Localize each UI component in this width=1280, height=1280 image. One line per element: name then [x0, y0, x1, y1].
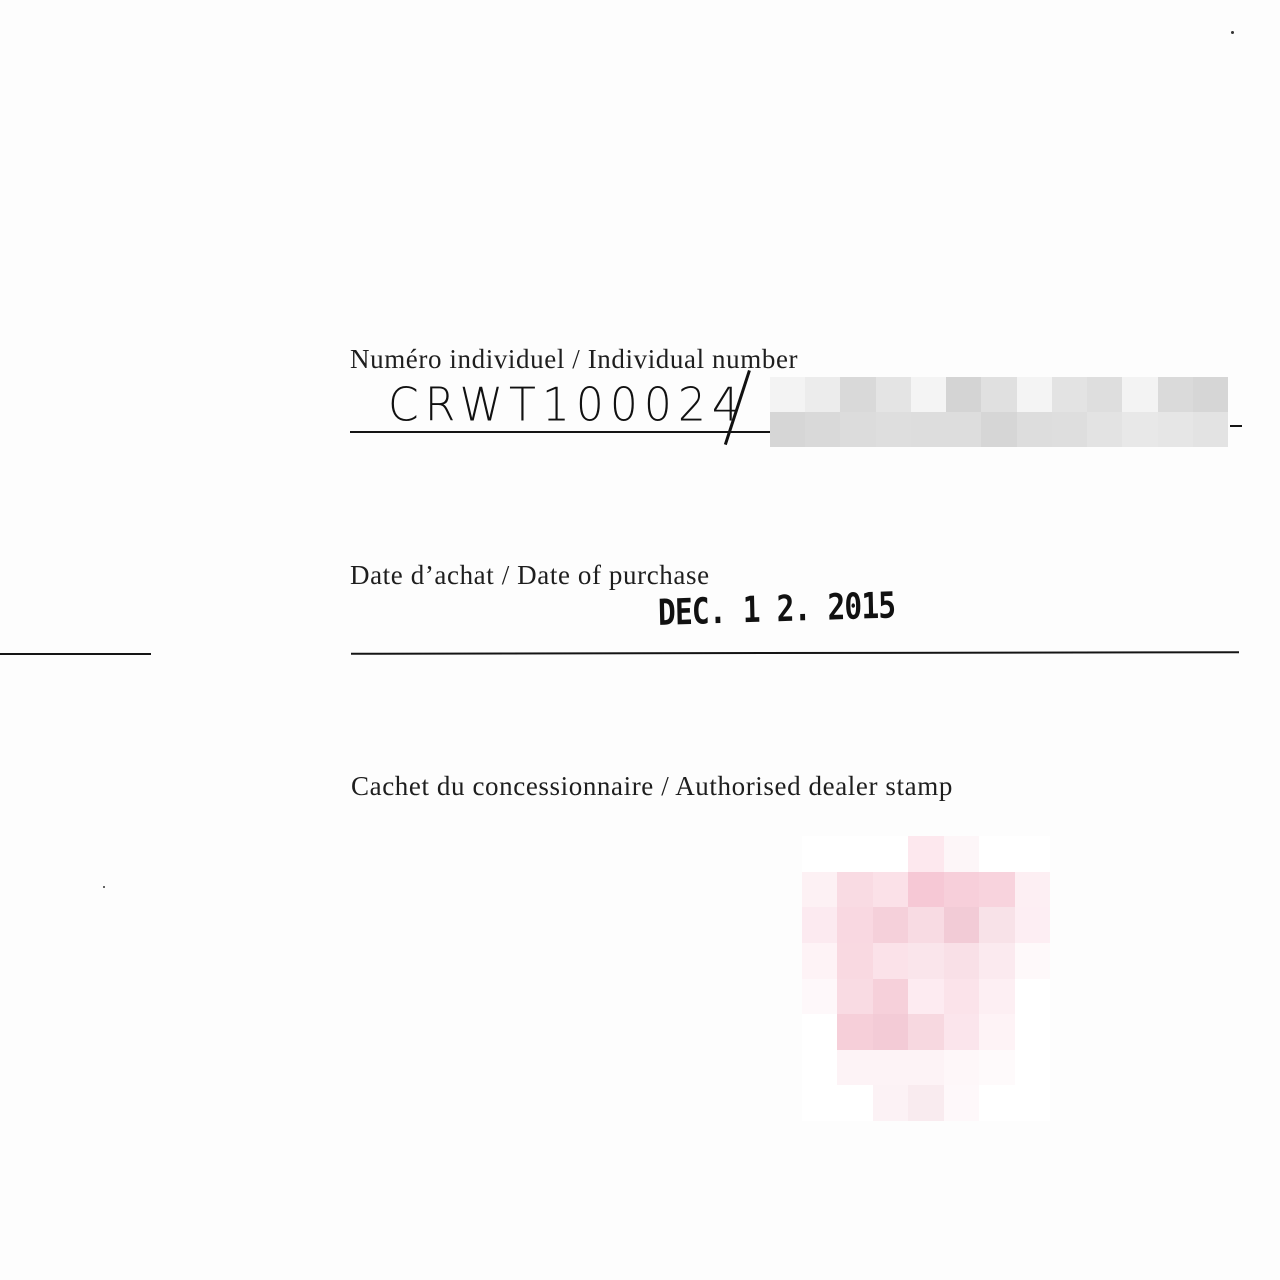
redaction-cell [979, 943, 1014, 979]
individual-number-handwritten: CRWT100024 [388, 379, 746, 433]
redaction-cell [1087, 412, 1122, 447]
redaction-cell [911, 377, 946, 412]
redaction-cell [944, 943, 979, 979]
redaction-cell [908, 836, 943, 872]
redaction-cell [1015, 836, 1050, 872]
redaction-cell [837, 872, 872, 908]
redacted-dealer-stamp [802, 836, 1050, 1121]
dealer-stamp-label: Cachet du concessionnaire / Authorised d… [351, 771, 953, 802]
redaction-cell [837, 1050, 872, 1086]
redaction-cell [1052, 412, 1087, 447]
individual-number-rule [350, 431, 770, 433]
redaction-cell [876, 412, 911, 447]
redaction-cell [944, 907, 979, 943]
redaction-cell [1158, 377, 1193, 412]
purchase-date-stamp: DEC. 1 2. 2015 [658, 585, 896, 634]
redaction-cell [1015, 907, 1050, 943]
redaction-cell [802, 979, 837, 1015]
redaction-cell [873, 907, 908, 943]
redaction-cell [802, 872, 837, 908]
redaction-cell [840, 412, 875, 447]
redaction-cell [979, 979, 1014, 1015]
redaction-cell [802, 943, 837, 979]
redaction-cell [1015, 1014, 1050, 1050]
redaction-cell [908, 872, 943, 908]
redaction-cell [837, 1085, 872, 1121]
redaction-cell [979, 1085, 1014, 1121]
left-edge-rule [0, 653, 151, 655]
redaction-cell [802, 907, 837, 943]
purchase-date-label: Date d’achat / Date of purchase [350, 560, 710, 591]
redaction-cell [837, 836, 872, 872]
redaction-cell [1015, 1085, 1050, 1121]
redaction-cell [979, 836, 1014, 872]
redaction-cell [840, 377, 875, 412]
redaction-cell [944, 836, 979, 872]
redaction-cell [1015, 1050, 1050, 1086]
redaction-cell [979, 872, 1014, 908]
redaction-cell [873, 836, 908, 872]
redaction-cell [1017, 412, 1052, 447]
individual-number-rule-end [1230, 425, 1242, 427]
redaction-cell [837, 907, 872, 943]
redaction-cell [1122, 412, 1157, 447]
redaction-cell [979, 907, 1014, 943]
redaction-cell [873, 979, 908, 1015]
redaction-cell [876, 377, 911, 412]
redaction-cell [981, 377, 1016, 412]
speck [103, 886, 105, 888]
redaction-cell [1158, 412, 1193, 447]
redaction-cell [802, 1014, 837, 1050]
redaction-cell [837, 1014, 872, 1050]
redaction-cell [802, 1050, 837, 1086]
redaction-cell [770, 412, 805, 447]
redaction-cell [908, 907, 943, 943]
redaction-cell [946, 377, 981, 412]
redaction-cell [1087, 377, 1122, 412]
redaction-cell [944, 872, 979, 908]
redaction-cell [1193, 377, 1228, 412]
redaction-cell [873, 1014, 908, 1050]
purchase-date-rule [351, 651, 1239, 655]
redaction-cell [1015, 943, 1050, 979]
redaction-cell [979, 1050, 1014, 1086]
redaction-cell [1017, 377, 1052, 412]
redaction-cell [946, 412, 981, 447]
redaction-cell [944, 1050, 979, 1086]
individual-number-label: Numéro individuel / Individual number [350, 344, 798, 375]
redaction-cell [908, 1014, 943, 1050]
redaction-cell [805, 412, 840, 447]
redaction-cell [1015, 872, 1050, 908]
redacted-serial-block [770, 377, 1228, 447]
redaction-cell [1052, 377, 1087, 412]
redaction-cell [873, 1050, 908, 1086]
redaction-cell [837, 943, 872, 979]
redaction-cell [837, 979, 872, 1015]
redaction-cell [944, 1085, 979, 1121]
redaction-cell [802, 836, 837, 872]
redaction-cell [805, 377, 840, 412]
speck [1231, 31, 1234, 34]
redaction-cell [908, 1050, 943, 1086]
redaction-cell [1122, 377, 1157, 412]
redaction-cell [1015, 979, 1050, 1015]
redaction-cell [944, 1014, 979, 1050]
redaction-cell [873, 943, 908, 979]
redaction-cell [944, 979, 979, 1015]
redaction-cell [979, 1014, 1014, 1050]
redaction-cell [802, 1085, 837, 1121]
redaction-cell [911, 412, 946, 447]
redaction-cell [908, 1085, 943, 1121]
redaction-cell [908, 943, 943, 979]
redaction-cell [981, 412, 1016, 447]
redaction-cell [1193, 412, 1228, 447]
redaction-cell [908, 979, 943, 1015]
redaction-cell [873, 1085, 908, 1121]
redaction-cell [770, 377, 805, 412]
redaction-cell [873, 872, 908, 908]
